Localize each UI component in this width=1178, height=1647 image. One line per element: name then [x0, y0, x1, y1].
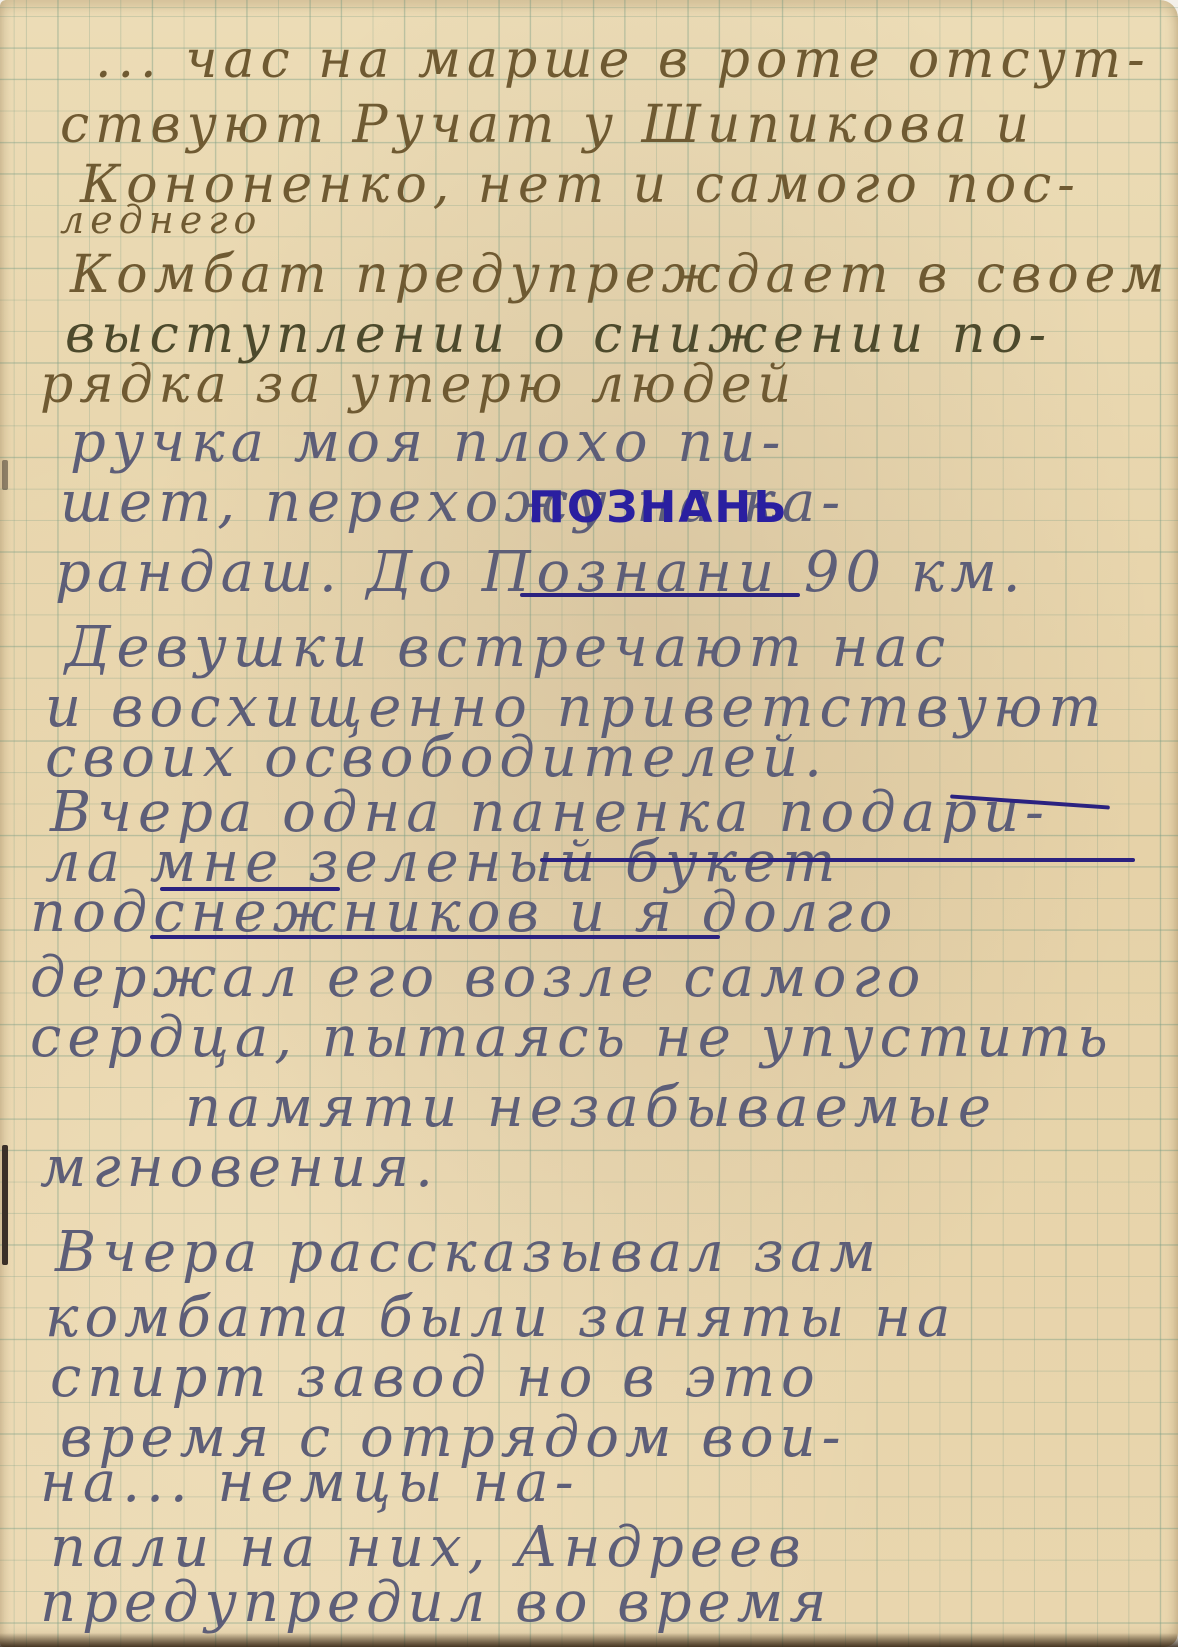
handwritten-line: мгновения. [40, 1135, 439, 1200]
page-edge-shadow [0, 1633, 1178, 1647]
handwritten-line: на... немцы на- [40, 1450, 580, 1515]
handwritten-line: леднего [60, 198, 262, 242]
handwritten-line: держал его возле самого [30, 945, 926, 1010]
ink-underline [540, 858, 1135, 862]
handwritten-line: ручка моя плохо пи- [70, 410, 786, 475]
ink-underline [150, 935, 720, 939]
handwritten-line: Комбат предупреждает в своем [70, 245, 1171, 305]
handwritten-line: ствуют Ручат у Шипикова и [60, 95, 1035, 155]
handwritten-line: предупредил во время [40, 1570, 832, 1635]
handwritten-line: сердца, пытаясь не упустить [30, 1005, 1114, 1070]
binding-staple [2, 1145, 8, 1265]
handwritten-line: ... час на марше в роте отсут- [95, 30, 1151, 90]
handwritten-line: памяти незабываемые [185, 1075, 997, 1140]
city-annotation: ПОЗНАНЬ [528, 482, 789, 533]
handwritten-line: Вчера рассказывал зам [55, 1220, 882, 1285]
handwritten-line: Девушки встречают нас [65, 615, 951, 680]
handwritten-line: спирт завод но в это [50, 1345, 821, 1410]
ink-underline [520, 593, 800, 597]
binding-staple [2, 460, 8, 490]
notebook-page: ... час на марше в роте отсут- ствуют Ру… [0, 0, 1178, 1647]
handwritten-line: рядка за утерю людей [40, 355, 797, 415]
handwritten-line: комбата были заняты на [45, 1285, 956, 1350]
